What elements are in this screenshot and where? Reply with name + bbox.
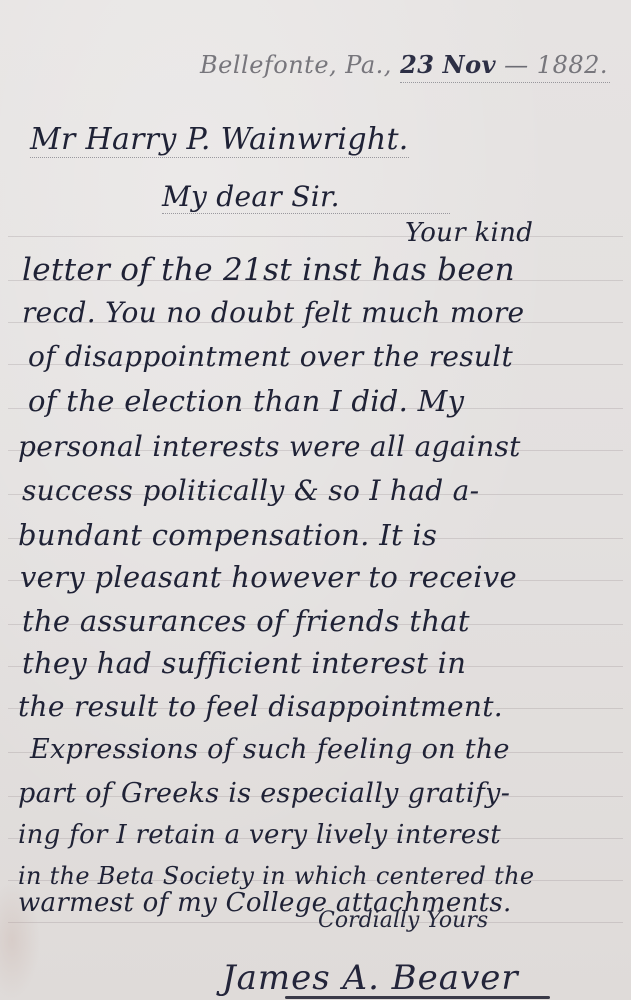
body-line: personal interests were all against [18, 430, 521, 463]
letterhead-date-line: Bellefonte, Pa., 23 Nov — 1882. [200, 50, 620, 90]
letter-page: Bellefonte, Pa., 23 Nov — 1882. Mr Harry… [0, 0, 631, 1000]
body-line: in the Beta Society in which centered th… [18, 862, 534, 890]
closing: Cordially Yours [318, 908, 488, 933]
signature: James A. Beaver [222, 958, 519, 998]
body-line: very pleasant however to receive [20, 560, 517, 594]
body-line: ing for I retain a very lively interest [18, 820, 501, 850]
body-line: Expressions of such feeling on the [30, 734, 510, 765]
body-line: Your kind [405, 218, 533, 248]
body-line: they had sufficient interest in [22, 646, 466, 680]
date-month: Nov [443, 50, 496, 79]
body-line: success politically & so I had a- [22, 474, 479, 507]
body-line: letter of the 21st inst has been [22, 252, 515, 288]
date-dotted-rule [400, 82, 610, 83]
body-line: of disappointment over the result [28, 340, 513, 373]
body-line: the assurances of friends that [22, 604, 470, 638]
letterhead-place: Bellefonte, Pa., [200, 51, 392, 79]
signature-underline [285, 996, 550, 999]
body-line: part of Greeks is especially gratify- [18, 778, 510, 809]
salutation: My dear Sir. [162, 180, 450, 214]
body-line: of the election than I did. My [28, 384, 464, 418]
date-year: 1882. [537, 51, 608, 79]
addressee: Mr Harry P. Wainwright. [30, 122, 409, 158]
body-line: the result to feel disappointment. [18, 690, 503, 723]
date-dash: — [504, 51, 529, 79]
body-line: recd. You no doubt felt much more [22, 296, 524, 329]
body-line: bundant compensation. It is [18, 518, 437, 552]
ruled-line [8, 922, 623, 923]
date-day: 23 [400, 50, 434, 79]
